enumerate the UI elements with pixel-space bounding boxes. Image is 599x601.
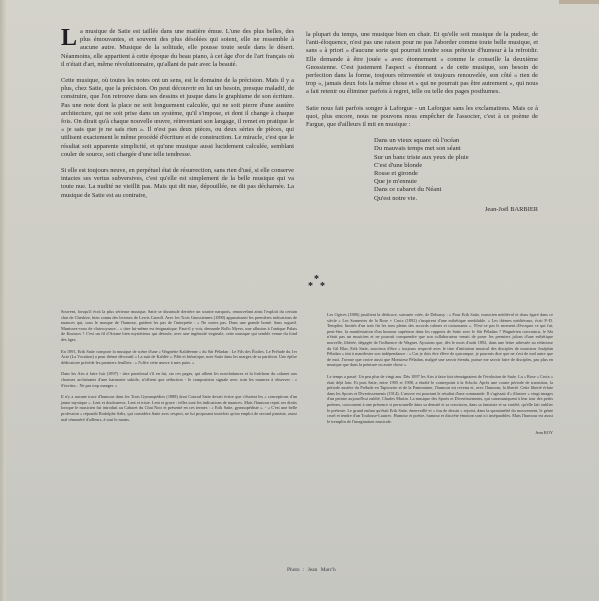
fargue-poem: Dans un vieux square où l'océan Du mauva… [374,137,538,203]
essay-paragraph: Cette musique, où toutes les notes ont u… [61,77,294,159]
poem-line: Du mauvais temps met son séant [374,145,538,153]
essay-paragraph: La musique de Satie est taillée dans une… [61,28,294,69]
notes-author-signature: Jean ROY [327,430,553,436]
note-paragraph: Les Ogives (1886) justifient la dédicace… [327,312,553,368]
poem-line: C'est d'une blonde [374,162,538,170]
notes-left-column: Souvent, lorsqu'il écrit la plus sérieus… [61,309,297,428]
note-paragraph: Dans les Airs à faire fuir (1897) - titr… [61,371,297,388]
poem-line: Dans ce cabaret du Néant [374,186,538,194]
essay-right-column: la plupart du temps, une musique bien en… [306,31,538,214]
drop-cap-letter: L [61,29,77,47]
asterism-separator-icon: * * * [308,276,328,296]
poem-line: Dans un vieux square où l'océan [374,137,538,145]
note-paragraph: Il n'y a aucune trace d'humour dans les … [61,394,297,422]
notes-right-column: Les Ogives (1886) justifient la dédicace… [327,312,553,436]
essay-paragraph: Satie nous fait parfois songer à Laforgu… [306,105,538,130]
note-paragraph: Souvent, lorsqu'il écrit la plus sérieus… [61,309,297,343]
essay-paragraph: la plupart du temps, une musique bien en… [306,31,538,97]
essay-left-column: La musique de Satie est taillée dans une… [61,28,294,208]
essay-author-signature: Jean-Joël BARBIER [306,206,538,214]
poem-line: Sur un banc triste aux yeux de pluie [374,154,538,162]
poem-line: Que je m'ennuie [374,178,538,186]
note-paragraph: Le temps a passé. Un peu plus de vingt a… [327,374,553,424]
record-sleeve-back: La musique de Satie est taillée dans une… [0,0,599,601]
poem-line: Rosse et gironde [374,170,538,178]
poem-line: Qu'est notre vie. [374,195,538,203]
essay-paragraph: Si elle est toujours neuve, en perpétuel… [61,167,294,200]
sleeve-worn-edge [559,0,599,4]
photo-credit: Photo : Jean Marc'h [287,567,336,573]
note-paragraph: En 1891, Erik Satie compose la musique d… [61,349,297,366]
sleeve-spine-edge [0,0,6,601]
